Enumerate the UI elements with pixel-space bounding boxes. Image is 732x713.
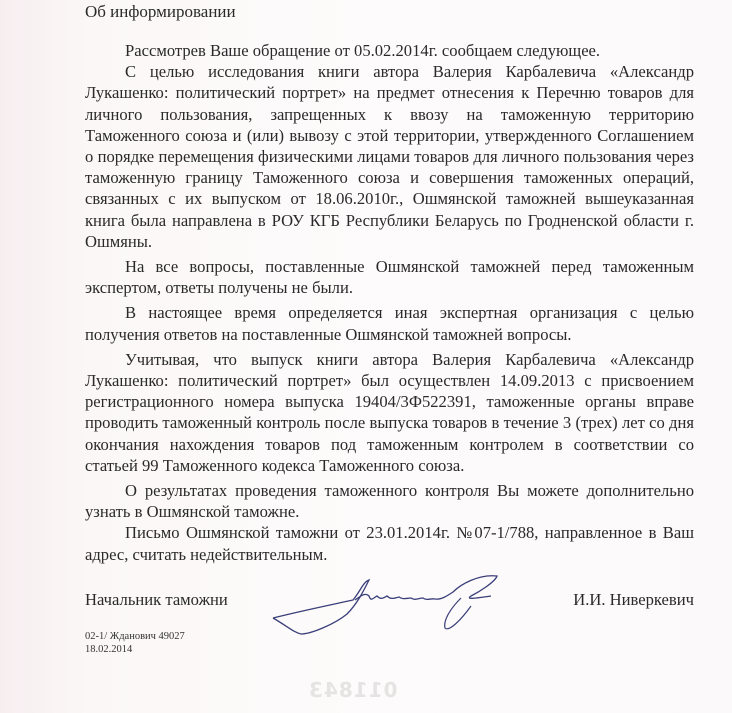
footer-reference: 02-1/ Жданович 49027 18.02.2014 [85, 630, 185, 656]
paragraph-book-examination: С целью исследования книги автора Валери… [85, 61, 694, 252]
document-page: Об информировании Рассмотрев Ваше обраще… [0, 0, 732, 713]
paragraph-intro: Рассмотрев Ваше обращение от 05.02.2014г… [85, 40, 694, 61]
executor-reference: 02-1/ Жданович 49027 [85, 630, 185, 643]
signatory-title: Начальник таможни [85, 590, 228, 610]
document-date: 18.02.2014 [85, 643, 185, 656]
handwritten-signature-icon [265, 570, 525, 660]
show-through-number: 011843 [308, 678, 398, 702]
signatory-name: И.И. Ниверкевич [573, 590, 694, 610]
paragraph-invalid-letter: Письмо Ошмянской таможни от 23.01.2014г.… [85, 522, 694, 564]
paragraph-results: О результатах проведения таможенного кон… [85, 480, 694, 522]
document-subject: Об информировании [85, 2, 236, 22]
document-body: Рассмотрев Ваше обращение от 05.02.2014г… [85, 40, 694, 565]
paragraph-no-answers: На все вопросы, поставленные Ошмянской т… [85, 256, 694, 298]
paragraph-customs-control: Учитывая, что выпуск книги автора Валери… [85, 349, 694, 476]
paragraph-other-expert: В настоящее время определяется иная эксп… [85, 302, 694, 344]
